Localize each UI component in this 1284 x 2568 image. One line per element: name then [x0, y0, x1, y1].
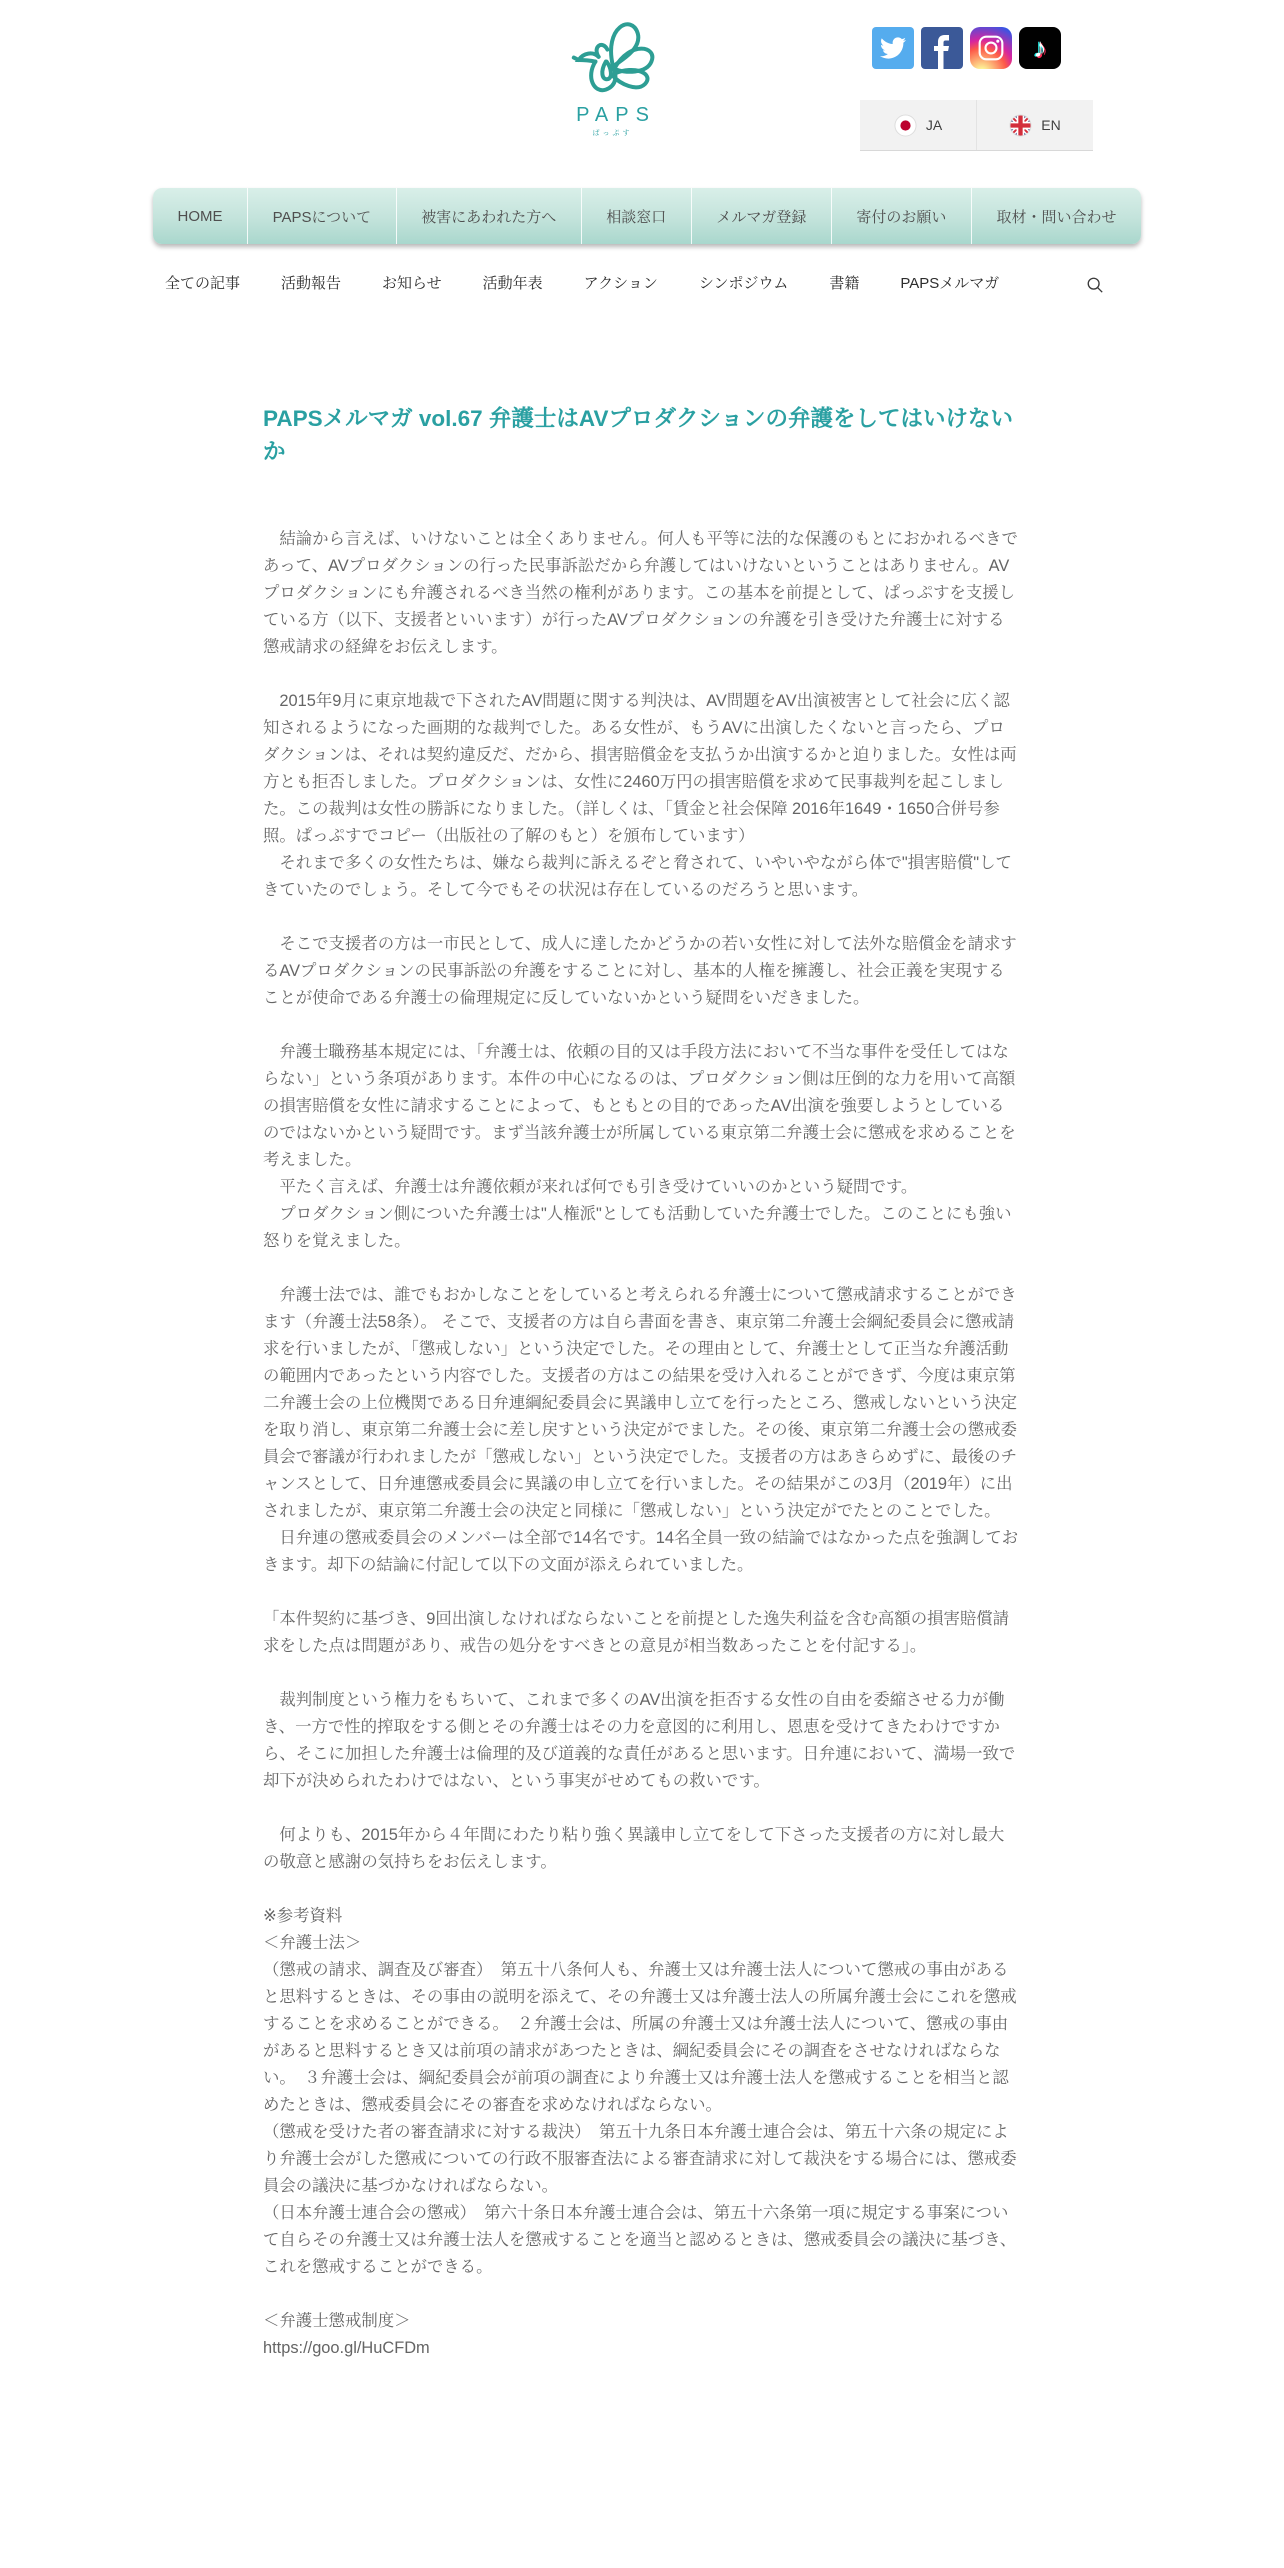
brand-name: PAPS [545, 104, 680, 127]
paps-logo-bird-icon [557, 12, 669, 104]
brand-subtitle: ぱっぷす [545, 128, 680, 138]
subnav-news[interactable]: お知らせ [382, 272, 442, 293]
subnav-all-posts[interactable]: 全ての記事 [165, 272, 240, 293]
nav-consultation[interactable]: 相談窓口 [582, 188, 692, 244]
article: PAPSメルマガ vol.67 弁護士はAVプロダクションの弁護をしてはいけない… [263, 403, 1020, 2362]
nav-newsletter-signup[interactable]: メルマガ登録 [692, 188, 832, 244]
reference-law-article-60: （日本弁護士連合会の懲戒） 第六十条日本弁護士連合会は、第五十六条第一項に規定す… [263, 2200, 1020, 2281]
subnav-books[interactable]: 書籍 [829, 272, 859, 293]
article-quote: 「本件契約に基づき、9回出演しなければならないことを前提とした逸失利益を含む高額… [263, 1606, 1020, 1660]
japan-flag-icon [894, 114, 917, 137]
social-icons: ♪ [872, 27, 1061, 69]
uk-flag-icon [1009, 114, 1032, 137]
twitter-icon[interactable] [872, 27, 914, 69]
main-navigation: HOME PAPSについて 被害にあわれた方へ 相談窓口 メルマガ登録 寄付のお… [153, 188, 1141, 244]
language-selector: JA EN [860, 100, 1093, 151]
reference-discipline-system-title: ＜弁護士懲戒制度＞ [263, 2308, 1020, 2335]
article-paragraph: 弁護士法では、誰でもおかしなことをしていると考えられる弁護士について懲戒請求する… [263, 1282, 1020, 1525]
article-title: PAPSメルマガ vol.67 弁護士はAVプロダクションの弁護をしてはいけない… [263, 403, 1020, 468]
language-ja[interactable]: JA [860, 100, 977, 150]
subnav-action[interactable]: アクション [584, 272, 658, 293]
facebook-icon[interactable] [921, 27, 963, 69]
nav-donation[interactable]: 寄付のお願い [832, 188, 972, 244]
twitter-bird-icon [880, 35, 906, 61]
language-en[interactable]: EN [977, 100, 1093, 150]
instagram-icon[interactable] [970, 27, 1012, 69]
nav-press-contact[interactable]: 取材・問い合わせ [972, 188, 1141, 244]
article-paragraph: 裁判制度という権力をもちいて、これまで多くのAV出演を拒否する女性の自由を委縮さ… [263, 1687, 1020, 1795]
tiktok-icon[interactable]: ♪ [1019, 27, 1061, 69]
site-logo[interactable]: PAPS ぱっぷす [545, 12, 680, 138]
language-en-label: EN [1041, 117, 1060, 133]
nav-home[interactable]: HOME [153, 188, 248, 244]
reference-law-article-59: （懲戒を受けた者の審査請求に対する裁決） 第五十九条日本弁護士連合会は、第五十六… [263, 2119, 1020, 2200]
nav-about-paps[interactable]: PAPSについて [248, 188, 397, 244]
subnav-activity-report[interactable]: 活動報告 [281, 272, 341, 293]
facebook-f-icon [921, 27, 963, 69]
article-paragraph: 結論から言えば、いけないことは全くありません。何人も平等に法的な保護のもとにおか… [263, 526, 1020, 661]
article-paragraph: 弁護士職務基本規定には、「弁護士は、依頼の目的又は手段方法において不当な事件を受… [263, 1039, 1020, 1174]
subnav-paps-newsletter[interactable]: PAPSメルマガ [900, 272, 999, 293]
subnav-symposium[interactable]: シンポジウム [699, 272, 788, 293]
reference-link[interactable]: https://goo.gl/HuCFDm [263, 2335, 1020, 2362]
page: PAPS ぱっぷす ♪ [0, 0, 1284, 2568]
article-paragraph: 平たく言えば、弁護士は弁護依頼が来れば何でも引き受けていいのかという疑問です。 [263, 1174, 1020, 1201]
article-paragraph: プロダクション側についた弁護士は"人権派"としても活動していた弁護士でした。この… [263, 1201, 1020, 1255]
instagram-camera-icon [977, 34, 1005, 62]
search-icon[interactable] [1086, 276, 1104, 294]
subnav-timeline[interactable]: 活動年表 [483, 272, 543, 293]
blog-category-navigation: 全ての記事 活動報告 お知らせ 活動年表 アクション シンポジウム 書籍 PAP… [165, 272, 999, 293]
reference-law-article-58: （懲戒の請求、調査及び審査） 第五十八条何人も、弁護士又は弁護士法人について懲戒… [263, 1957, 1020, 2119]
article-paragraph: そこで支援者の方は一市民として、成人に達したかどうかの若い女性に対して法外な賠償… [263, 931, 1020, 1012]
article-paragraph: 2015年9月に東京地裁で下されたAV問題に関する判決は、AV問題をAV出演被害… [263, 688, 1020, 850]
reference-heading: ※参考資料 [263, 1903, 1020, 1930]
article-paragraph: 日弁連の懲戒委員会のメンバーは全部で14名です。14名全員一致の結論ではなかった… [263, 1525, 1020, 1579]
article-paragraph: それまで多くの女性たちは、嫌なら裁判に訴えるぞと脅されて、いやいやながら体で"損… [263, 850, 1020, 904]
article-paragraph: 何よりも、2015年から４年間にわたり粘り強く異議申し立てをして下さった支援者の… [263, 1822, 1020, 1876]
tiktok-note-icon: ♪ [1033, 35, 1047, 62]
language-ja-label: JA [926, 117, 942, 133]
nav-for-victims[interactable]: 被害にあわれた方へ [397, 188, 582, 244]
reference-law-title: ＜弁護士法＞ [263, 1930, 1020, 1957]
